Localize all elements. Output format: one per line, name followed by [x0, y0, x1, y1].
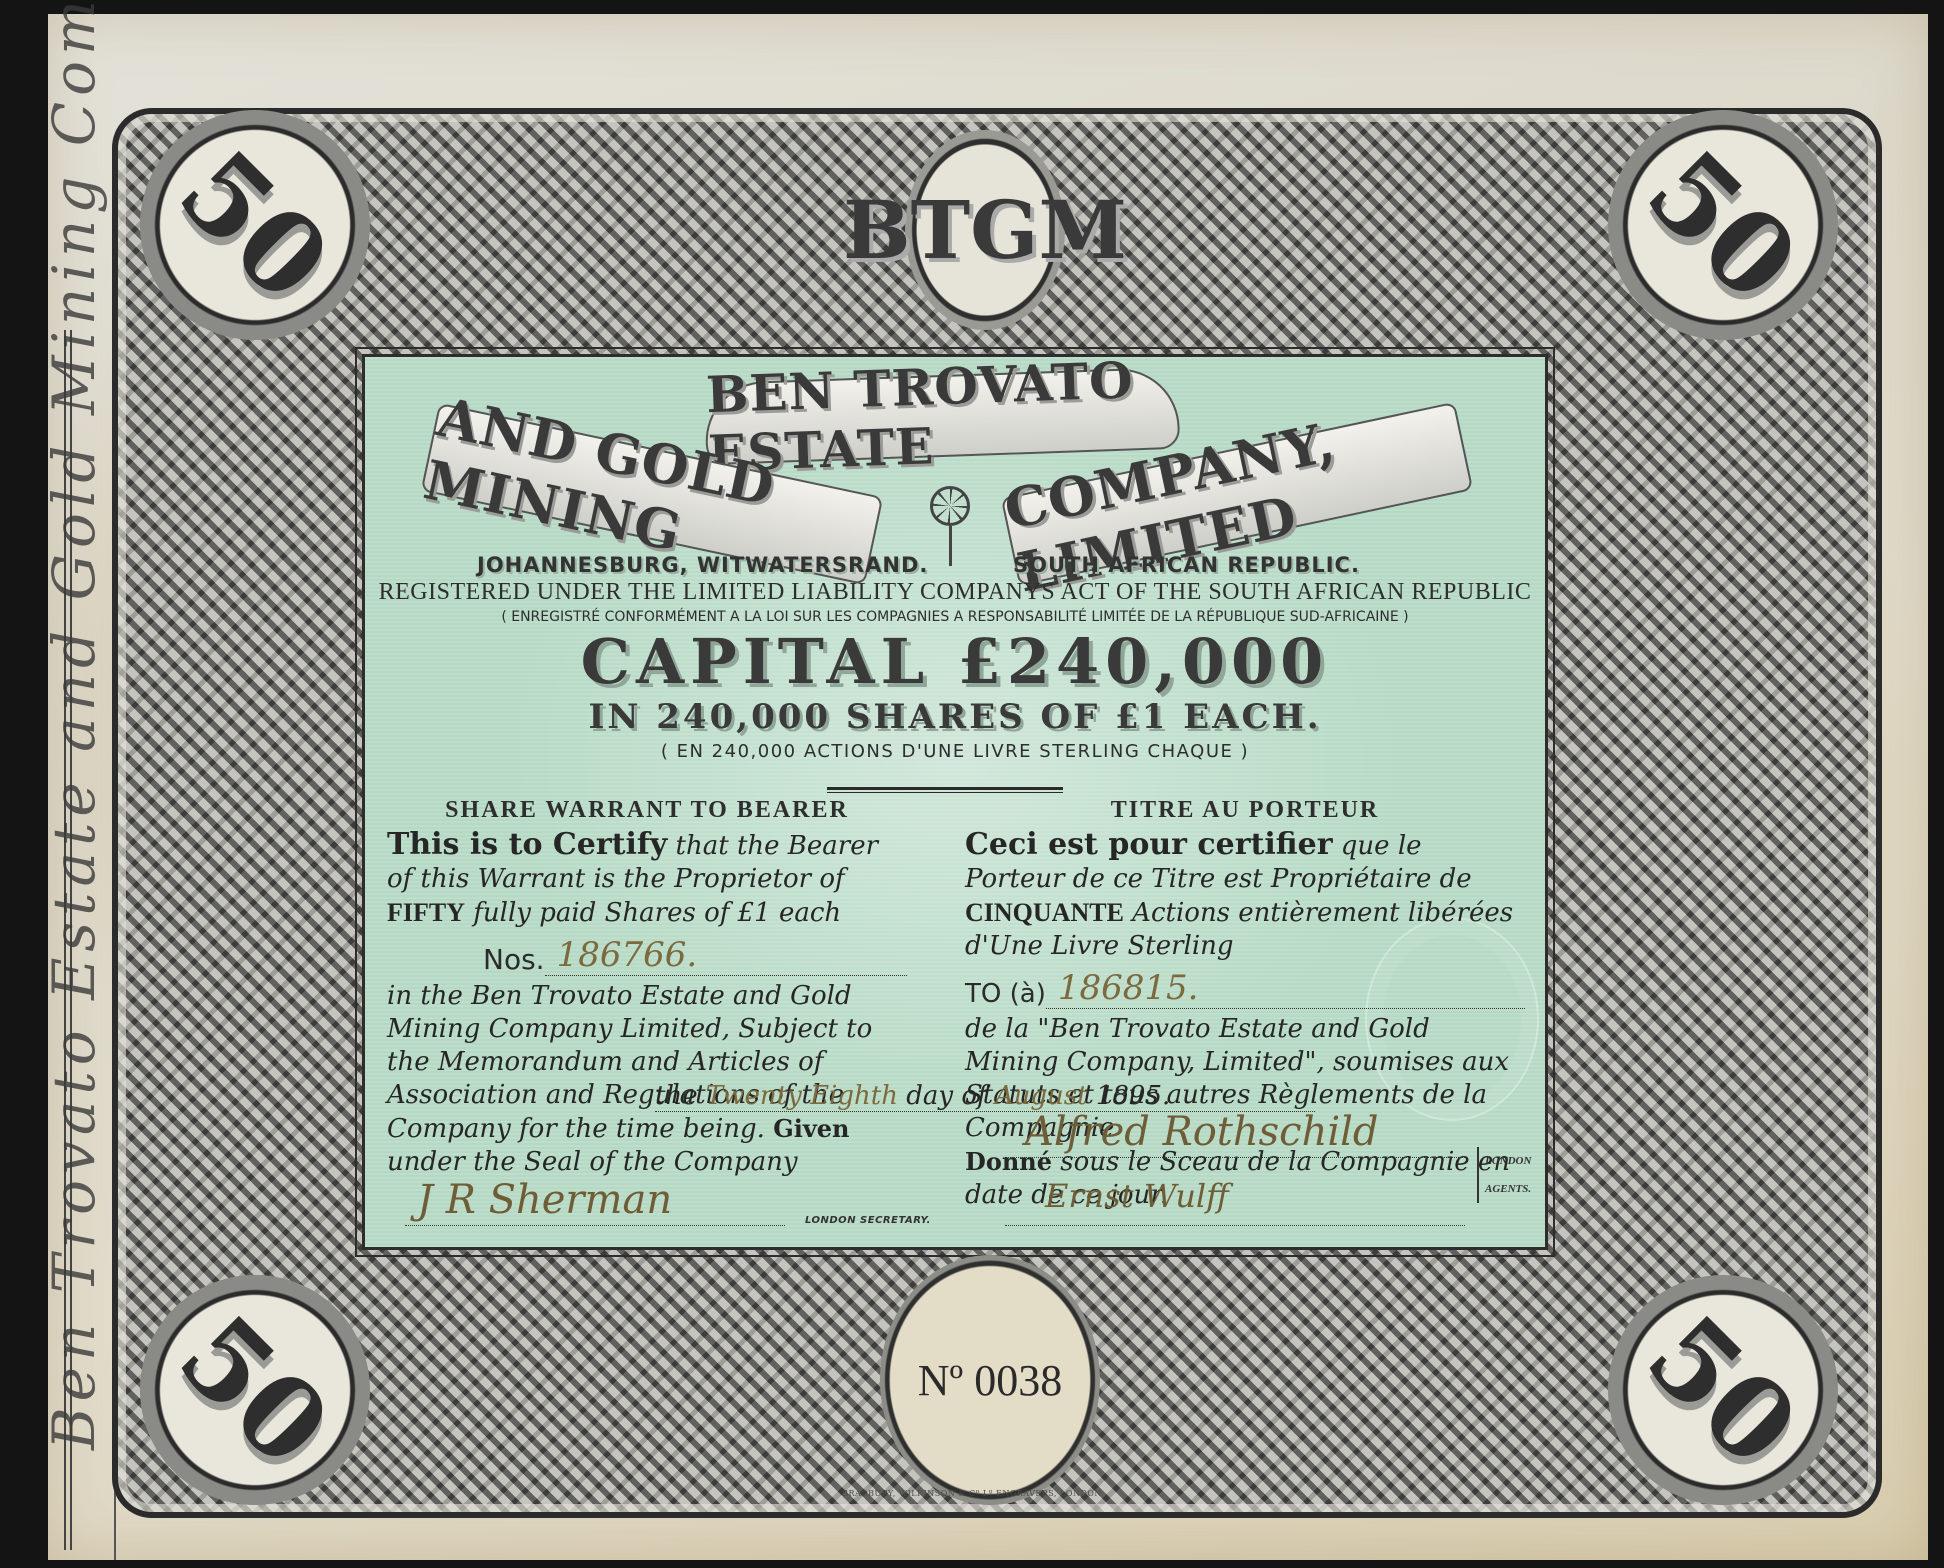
- location-country: SOUTH AFRICAN REPUBLIC.: [1013, 553, 1360, 577]
- issue-year: 1895.: [1096, 1081, 1170, 1111]
- registration-text-fr: ( ENREGISTRÉ CONFORMÉMENT A LA LOI SUR L…: [365, 609, 1545, 625]
- title-banner-top: BEN TROVATO ESTATE: [704, 367, 1181, 465]
- issue-date: the Twenty Eighth day of August 1895.: [655, 1081, 1315, 1112]
- english-body-text: in the Ben Trovato Estate and Gold Minin…: [387, 980, 907, 1179]
- denomination-50-icon: 50: [155, 1290, 354, 1489]
- serial-number-oval: Nº 0038: [880, 1255, 1100, 1505]
- english-heading: SHARE WARRANT TO BEARER: [387, 797, 907, 824]
- wheel-emblem-icon: [930, 452, 970, 572]
- engraver-imprint: BRADBURY, WILKINSON & Cº Lº ENGRAVERS, L…: [0, 1489, 1944, 1498]
- secretary-signature-line: [405, 1225, 785, 1226]
- share-number-from: Nos. 186766.: [387, 936, 907, 976]
- to-number-field: 186815.: [1046, 968, 1525, 1009]
- london-agents-label: LONDON AGENTS.: [1477, 1147, 1531, 1203]
- certificate-panel: BEN TROVATO ESTATE AND GOLD MINING COMPA…: [362, 354, 1548, 1250]
- agent-signature-line-1: [1005, 1157, 1465, 1158]
- share-number-to: TO (à) 186815.: [965, 969, 1525, 1009]
- location-city: JOHANNESBURG, WITWATERSRAND.: [477, 553, 928, 577]
- shares-heading: IN 240,000 SHARES OF £1 EACH.: [365, 697, 1545, 737]
- denomination-50-icon: 50: [1623, 1290, 1822, 1489]
- agent-signature-2: Ernst Wulff: [1045, 1177, 1229, 1215]
- french-certify-text: Ceci est pour certifier que le Porteur d…: [965, 828, 1525, 963]
- issue-day: Twenty Eighth: [706, 1081, 898, 1111]
- company-monogram: BTGM: [905, 130, 1065, 330]
- shares-heading-fr: ( EN 240,000 ACTIONS D'UNE LIVRE STERLIN…: [365, 741, 1545, 762]
- secretary-signature: J R Sherman: [417, 1177, 672, 1223]
- monogram-icon: BTGM: [843, 183, 1127, 277]
- denomination-medallion-bottom-right: 50: [1608, 1275, 1838, 1505]
- denomination-medallion-top-left: 50: [140, 110, 370, 340]
- denomination-medallion-top-right: 50: [1608, 110, 1838, 340]
- agent-signature-1: Alfred Rothschild: [1025, 1109, 1379, 1155]
- denomination-50-icon: 50: [155, 125, 354, 324]
- agent-signature-line-2: [1005, 1225, 1465, 1226]
- from-number-field: 186766.: [545, 935, 907, 976]
- issue-month: August: [995, 1081, 1088, 1111]
- capital-heading: CAPITAL £240,000: [365, 625, 1545, 698]
- denomination-medallion-bottom-left: 50: [140, 1275, 370, 1505]
- french-heading: TITRE AU PORTEUR: [965, 797, 1525, 824]
- english-certify-text: This is to Certify that the Bearer of th…: [387, 828, 907, 930]
- registration-text: REGISTERED UNDER THE LIMITED LIABILITY C…: [365, 579, 1545, 606]
- serial-number: Nº 0038: [918, 1355, 1062, 1406]
- stub-script-text: Ben Trovato Estate and Gold Mining Compa…: [40, 0, 108, 1450]
- english-column: SHARE WARRANT TO BEARER This is to Certi…: [387, 797, 907, 1179]
- denomination-50-icon: 50: [1623, 125, 1822, 324]
- secretary-label: LONDON SECRETARY.: [805, 1215, 931, 1226]
- divider-rule: [827, 787, 1063, 793]
